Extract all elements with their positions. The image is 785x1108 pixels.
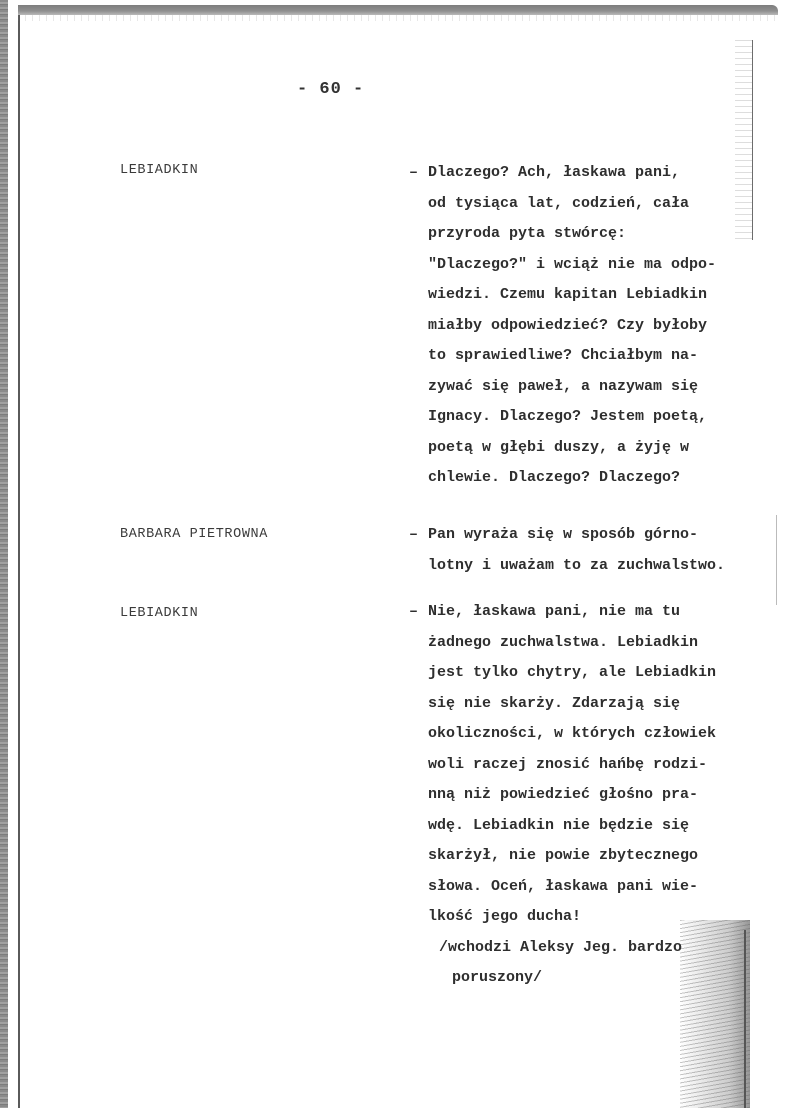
speaker-name: LEBIADKIN: [120, 163, 198, 178]
speech-block: –Nie, łaskawa pani, nie ma tu żadnego zu…: [409, 597, 769, 994]
speech-line: jest tylko chytry, ale Lebiadkin: [409, 658, 769, 689]
dialogue-dash: –: [409, 520, 428, 551]
speech-text: się nie skarży. Zdarzają się: [428, 695, 680, 712]
stage-direction-line: poruszony/: [409, 963, 769, 994]
speech-text: poetą w głębi duszy, a żyję w: [428, 439, 689, 456]
page-number: - 60 -: [297, 80, 364, 99]
speech-line: wiedzi. Czemu kapitan Lebiadkin: [409, 280, 769, 311]
speech-text: od tysiąca lat, codzień, cała: [428, 195, 689, 212]
speaker-name: LEBIADKIN: [120, 606, 198, 621]
scan-edge-top: [18, 5, 778, 15]
speech-text: lkość jego ducha!: [428, 908, 581, 925]
speech-line: –Nie, łaskawa pani, nie ma tu: [409, 597, 769, 628]
speech-line: chlewie. Dlaczego? Dlaczego?: [409, 463, 769, 494]
scan-margin-mark: [776, 515, 777, 605]
speech-line: –Dlaczego? Ach, łaskawa pani,: [409, 158, 769, 189]
speech-block: –Pan wyraża się w sposób górno- lotny i …: [409, 520, 769, 581]
speech-line: wdę. Lebiadkin nie będzie się: [409, 811, 769, 842]
speaker-name: BARBARA PIETROWNA: [120, 527, 268, 542]
speech-line: się nie skarży. Zdarzają się: [409, 689, 769, 720]
speech-text: miałby odpowiedzieć? Czy byłoby: [428, 317, 707, 334]
speech-line: woli raczej znosić hańbę rodzi-: [409, 750, 769, 781]
speech-text: lotny i uważam to za zuchwalstwo.: [428, 557, 725, 574]
speech-line: –Pan wyraża się w sposób górno-: [409, 520, 769, 551]
speech-line: od tysiąca lat, codzień, cała: [409, 189, 769, 220]
speech-line: przyroda pyta stwórcę:: [409, 219, 769, 250]
speech-text: skarżył, nie powie zbytecznego: [428, 847, 698, 864]
dialogue-dash: –: [409, 597, 428, 628]
speech-line: zywać się paweł, a nazywam się: [409, 372, 769, 403]
speech-text: wiedzi. Czemu kapitan Lebiadkin: [428, 286, 707, 303]
speech-text: nną niż powiedzieć głośno pra-: [428, 786, 698, 803]
speech-text: słowa. Oceń, łaskawa pani wie-: [428, 878, 698, 895]
speech-text: Dlaczego? Ach, łaskawa pani,: [428, 164, 680, 181]
speech-line: miałby odpowiedzieć? Czy byłoby: [409, 311, 769, 342]
speech-text: "Dlaczego?" i wciąż nie ma odpo-: [428, 256, 716, 273]
page-edge-left: [18, 12, 20, 1108]
speech-line: "Dlaczego?" i wciąż nie ma odpo-: [409, 250, 769, 281]
speech-line: to sprawiedliwe? Chciałbym na-: [409, 341, 769, 372]
speech-text: żadnego zuchwalstwa. Lebiadkin: [428, 634, 698, 651]
speech-line: Ignacy. Dlaczego? Jestem poetą,: [409, 402, 769, 433]
speech-text: Pan wyraża się w sposób górno-: [428, 526, 698, 543]
speech-text: woli raczej znosić hańbę rodzi-: [428, 756, 707, 773]
speech-text: Nie, łaskawa pani, nie ma tu: [428, 603, 680, 620]
dialogue-dash: –: [409, 158, 428, 189]
speech-line: poetą w głębi duszy, a żyję w: [409, 433, 769, 464]
speech-line: lotny i uważam to za zuchwalstwo.: [409, 551, 769, 582]
stage-direction-text: /wchodzi Aleksy Jeg. bardzo: [439, 939, 682, 956]
speech-text: to sprawiedliwe? Chciałbym na-: [428, 347, 698, 364]
speech-line: nną niż powiedzieć głośno pra-: [409, 780, 769, 811]
speech-line: skarżył, nie powie zbytecznego: [409, 841, 769, 872]
speech-line: lkość jego ducha!: [409, 902, 769, 933]
stage-direction-line: /wchodzi Aleksy Jeg. bardzo: [409, 933, 769, 964]
speech-text: przyroda pyta stwórcę:: [428, 225, 626, 242]
scan-edge-left: [0, 0, 8, 1108]
speech-text: chlewie. Dlaczego? Dlaczego?: [428, 469, 680, 486]
speech-line: słowa. Oceń, łaskawa pani wie-: [409, 872, 769, 903]
speech-text: wdę. Lebiadkin nie będzie się: [428, 817, 689, 834]
speech-block: –Dlaczego? Ach, łaskawa pani, od tysiąca…: [409, 158, 769, 494]
speech-text: zywać się paweł, a nazywam się: [428, 378, 698, 395]
speech-line: żadnego zuchwalstwa. Lebiadkin: [409, 628, 769, 659]
speech-line: okoliczności, w których człowiek: [409, 719, 769, 750]
speech-text: Ignacy. Dlaczego? Jestem poetą,: [428, 408, 707, 425]
speech-text: jest tylko chytry, ale Lebiadkin: [428, 664, 716, 681]
stage-direction-text: poruszony/: [452, 969, 542, 986]
speech-text: okoliczności, w których człowiek: [428, 725, 716, 742]
